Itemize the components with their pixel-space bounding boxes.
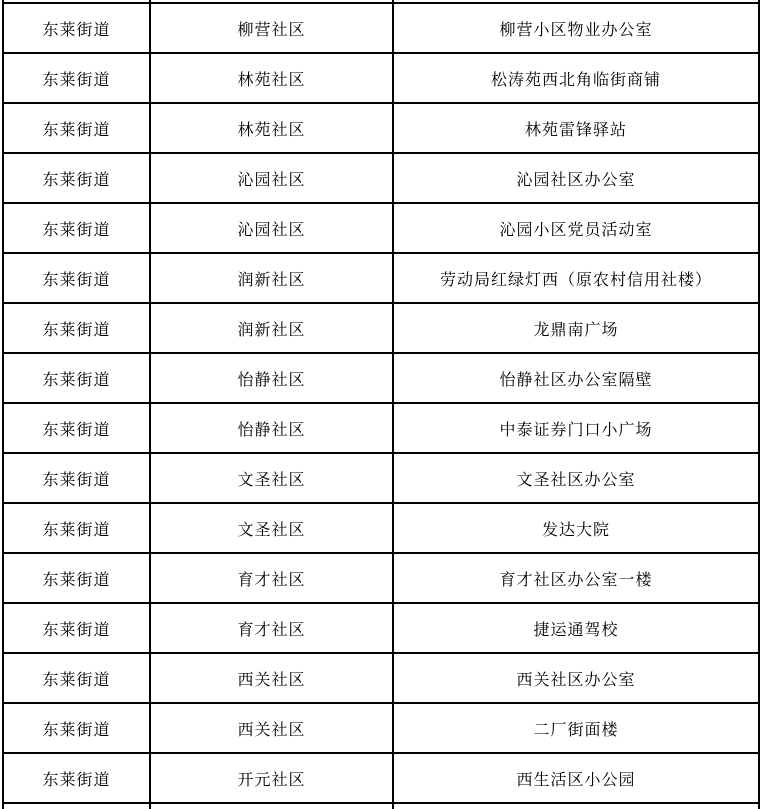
- street-cell: 东莱街道: [3, 53, 150, 103]
- location-cell: 西关社区办公室: [393, 653, 759, 703]
- location-cell: 林苑雷锋驿站: [393, 103, 759, 153]
- community-cell: 怡静社区: [150, 353, 393, 403]
- community-cell: 育才社区: [150, 553, 393, 603]
- table-row: 东莱街道 育才社区 捷运通驾校: [3, 603, 759, 653]
- street-cell: 东莱街道: [3, 553, 150, 603]
- community-cell: 文圣社区: [150, 503, 393, 553]
- community-cell: 润新社区: [150, 303, 393, 353]
- community-cell: 林苑社区: [150, 103, 393, 153]
- street-cell: 东莱街道: [3, 403, 150, 453]
- partial-row-bottom: [3, 803, 759, 809]
- community-cell: 沁园社区: [150, 153, 393, 203]
- table-row: 东莱街道 怡静社区 中泰证券门口小广场: [3, 403, 759, 453]
- table-row: 东莱街道 育才社区 育才社区办公室一楼: [3, 553, 759, 603]
- location-cell: 劳动局红绿灯西（原农村信用社楼）: [393, 253, 759, 303]
- table-row: 东莱街道 开元社区 西生活区小公园: [3, 753, 759, 803]
- testing-sites-table: 东莱街道 柳营社区 柳营小区物业办公室 东莱街道 林苑社区 松涛苑西北角临街商铺…: [2, 0, 760, 809]
- street-cell: 东莱街道: [3, 753, 150, 803]
- community-cell: 润新社区: [150, 253, 393, 303]
- table-row: 东莱街道 润新社区 劳动局红绿灯西（原农村信用社楼）: [3, 253, 759, 303]
- community-cell: 沁园社区: [150, 203, 393, 253]
- community-cell: [150, 803, 393, 809]
- community-cell: 育才社区: [150, 603, 393, 653]
- table-row: 东莱街道 沁园社区 沁园小区党员活动室: [3, 203, 759, 253]
- table-row: 东莱街道 西关社区 二厂街面楼: [3, 703, 759, 753]
- location-cell: 捷运通驾校: [393, 603, 759, 653]
- street-cell: 东莱街道: [3, 253, 150, 303]
- table-row: 东莱街道 柳营社区 柳营小区物业办公室: [3, 3, 759, 53]
- table-row: 东莱街道 林苑社区 松涛苑西北角临街商铺: [3, 53, 759, 103]
- table-row: 东莱街道 文圣社区 文圣社区办公室: [3, 453, 759, 503]
- street-cell: 东莱街道: [3, 703, 150, 753]
- street-cell: 东莱街道: [3, 153, 150, 203]
- community-cell: 文圣社区: [150, 453, 393, 503]
- table-row: 东莱街道 怡静社区 怡静社区办公室隔壁: [3, 353, 759, 403]
- table-page: 东莱街道 柳营社区 柳营小区物业办公室 东莱街道 林苑社区 松涛苑西北角临街商铺…: [0, 0, 762, 809]
- street-cell: 东莱街道: [3, 353, 150, 403]
- location-cell: 发达大院: [393, 503, 759, 553]
- community-cell: 柳营社区: [150, 3, 393, 53]
- street-cell: 东莱街道: [3, 103, 150, 153]
- location-cell: 沁园社区办公室: [393, 153, 759, 203]
- table-row: 东莱街道 林苑社区 林苑雷锋驿站: [3, 103, 759, 153]
- community-cell: 西关社区: [150, 703, 393, 753]
- street-cell: 东莱街道: [3, 653, 150, 703]
- location-cell: 怡静社区办公室隔壁: [393, 353, 759, 403]
- street-cell: 东莱街道: [3, 203, 150, 253]
- location-cell: 文圣社区办公室: [393, 453, 759, 503]
- street-cell: 东莱街道: [3, 503, 150, 553]
- community-cell: 林苑社区: [150, 53, 393, 103]
- table-row: 东莱街道 润新社区 龙鼎南广场: [3, 303, 759, 353]
- location-cell: 中泰证券门口小广场: [393, 403, 759, 453]
- street-cell: [3, 803, 150, 809]
- table-row: 东莱街道 文圣社区 发达大院: [3, 503, 759, 553]
- location-cell: 柳营小区物业办公室: [393, 3, 759, 53]
- street-cell: 东莱街道: [3, 453, 150, 503]
- location-cell: [393, 803, 759, 809]
- location-cell: 育才社区办公室一楼: [393, 553, 759, 603]
- location-cell: 龙鼎南广场: [393, 303, 759, 353]
- location-cell: 二厂街面楼: [393, 703, 759, 753]
- community-cell: 西关社区: [150, 653, 393, 703]
- street-cell: 东莱街道: [3, 303, 150, 353]
- location-cell: 松涛苑西北角临街商铺: [393, 53, 759, 103]
- table-row: 东莱街道 西关社区 西关社区办公室: [3, 653, 759, 703]
- street-cell: 东莱街道: [3, 603, 150, 653]
- location-cell: 沁园小区党员活动室: [393, 203, 759, 253]
- location-cell: 西生活区小公园: [393, 753, 759, 803]
- street-cell: 东莱街道: [3, 3, 150, 53]
- table-row: 东莱街道 沁园社区 沁园社区办公室: [3, 153, 759, 203]
- community-cell: 怡静社区: [150, 403, 393, 453]
- community-cell: 开元社区: [150, 753, 393, 803]
